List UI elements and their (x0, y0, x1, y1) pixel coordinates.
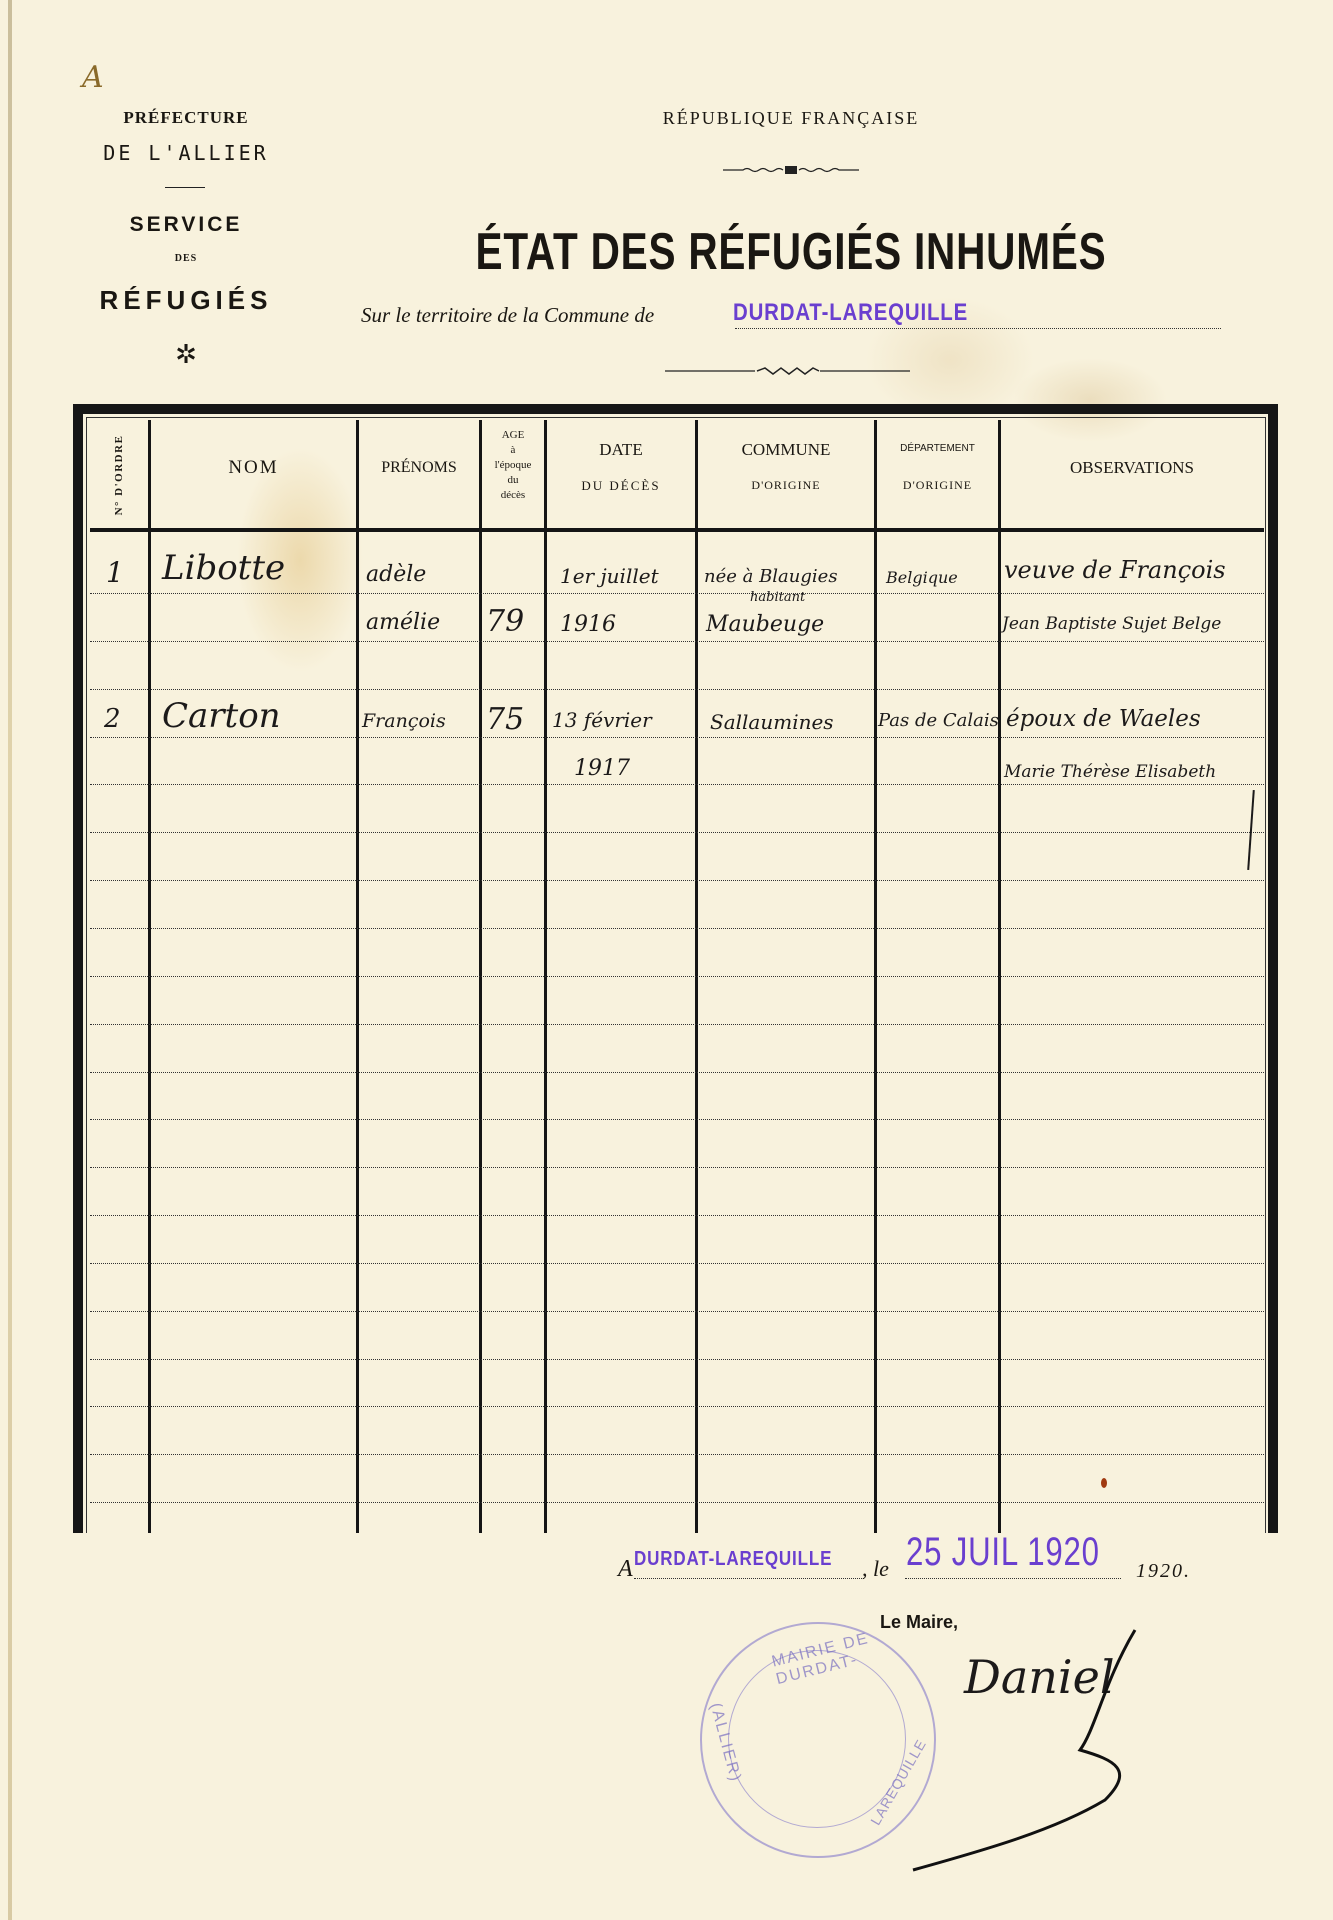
header-age: AGE à l'époque du décès (482, 428, 544, 503)
place-fill-line (634, 1578, 864, 1579)
divider-rule (165, 187, 205, 188)
mairie-seal: MAIRIE DE DURDAT- LAREQUILLE (ALLIER) (700, 1622, 936, 1858)
republic-label: RÉPUBLIQUE FRANÇAISE (663, 108, 920, 129)
row-rule (90, 1167, 1264, 1168)
row-rule (90, 593, 1264, 594)
row1-year: 1916 (560, 612, 616, 637)
row-rule (90, 784, 1264, 785)
page-title: ÉTAT DES RÉFUGIÉS INHUMÉS (476, 222, 1107, 282)
row-rule (90, 689, 1264, 690)
row1-departement: Belgique (886, 568, 958, 587)
date-fill-line (905, 1578, 1121, 1579)
header-order-label: N° D'ORDRE (113, 435, 125, 516)
row1-date: 1er juillet (560, 564, 659, 588)
place-prefix: A (618, 1556, 633, 1583)
row2-year: 1917 (574, 756, 630, 781)
printed-year: 1920. (1136, 1560, 1191, 1583)
ink-spot (1101, 1478, 1107, 1488)
row-rule (90, 1454, 1264, 1455)
header-separator (90, 528, 1264, 532)
header-commune: COMMUNE (698, 440, 874, 460)
des-label: DES (175, 253, 197, 264)
header-departement: DÉPARTEMENT (877, 443, 998, 454)
row1-order: 1 (106, 556, 124, 589)
header-prenoms: PRÉNOMS (359, 459, 479, 477)
date-stamp: 25 JUIL 1920 (906, 1530, 1100, 1575)
header-observations: OBSERVATIONS (1001, 458, 1263, 478)
row2-observation2: Marie Thérèse Elisabeth (1004, 762, 1216, 782)
row-rule (90, 1024, 1264, 1025)
prefecture-label: PRÉFECTURE (123, 108, 248, 128)
header-age-line: l'époque (482, 458, 544, 473)
header-commune-sub: D'ORIGINE (698, 478, 874, 493)
row2-commune: Sallaumines (710, 710, 834, 734)
row-rule (90, 1215, 1264, 1216)
row2-date: 13 février (552, 708, 652, 732)
commune-stamp: DURDAT-LAREQUILLE (733, 299, 968, 327)
row-rule (90, 1119, 1264, 1120)
header-departement-sub: D'ORIGINE (877, 478, 998, 493)
row2-order: 2 (104, 704, 121, 734)
paper-edge (8, 0, 12, 1920)
commune-prefix-label: Sur le territoire de la Commune de (361, 303, 654, 328)
star-ornament-icon: ✲ (175, 340, 197, 370)
row2-age: 75 (486, 702, 524, 737)
refugies-label: RÉFUGIÉS (100, 285, 273, 316)
row-rule (90, 928, 1264, 929)
corner-mark: A (82, 60, 104, 95)
header-age-line: à (482, 443, 544, 458)
service-label: SERVICE (130, 213, 243, 237)
row-rule (90, 832, 1264, 833)
row2-prenom: François (362, 710, 446, 732)
row2-nom: Carton (162, 696, 281, 736)
header-age-line: décès (482, 488, 544, 503)
commune-fill-line (735, 328, 1221, 329)
row1-observation: veuve de François (1004, 556, 1226, 584)
row1-observation2: Jean Baptiste Sujet Belge (1002, 614, 1221, 634)
wavy-ornament-icon (723, 160, 859, 170)
header-date-sub: DU DÉCÈS (547, 478, 695, 494)
header-nom: NOM (151, 457, 356, 479)
row-rule (90, 641, 1264, 642)
row-rule (90, 880, 1264, 881)
row2-observation: époux de Waeles (1006, 706, 1201, 732)
row2-departement: Pas de Calais (878, 710, 999, 731)
row1-prenom2: amélie (366, 610, 440, 635)
header-order: N° D'ORDRE (92, 425, 146, 525)
row-rule (90, 1359, 1264, 1360)
row-rule (90, 1406, 1264, 1407)
row-rule (90, 1311, 1264, 1312)
allier-label: DE L'ALLIER (103, 141, 268, 165)
row1-age: 79 (486, 604, 524, 639)
header-age-line: AGE (482, 428, 544, 443)
row1-commune: née à Blaugies (704, 566, 838, 587)
signature-flourish (905, 1620, 1155, 1880)
scroll-ornament-icon (665, 361, 910, 371)
header-age-line: du (482, 473, 544, 488)
row1-commune-habitant: habitant (750, 590, 805, 605)
row1-commune-residence: Maubeuge (706, 612, 824, 637)
row-rule (90, 737, 1264, 738)
row-rule (90, 1072, 1264, 1073)
row-rule (90, 976, 1264, 977)
row-rule (90, 1502, 1264, 1503)
place-stamp: DURDAT-LAREQUILLE (634, 1548, 832, 1571)
row1-nom: Libotte (162, 548, 285, 588)
row-rule (90, 1263, 1264, 1264)
date-prefix: , le (862, 1556, 889, 1582)
row1-prenom: adèle (366, 562, 426, 587)
header-date: DATE (547, 440, 695, 460)
